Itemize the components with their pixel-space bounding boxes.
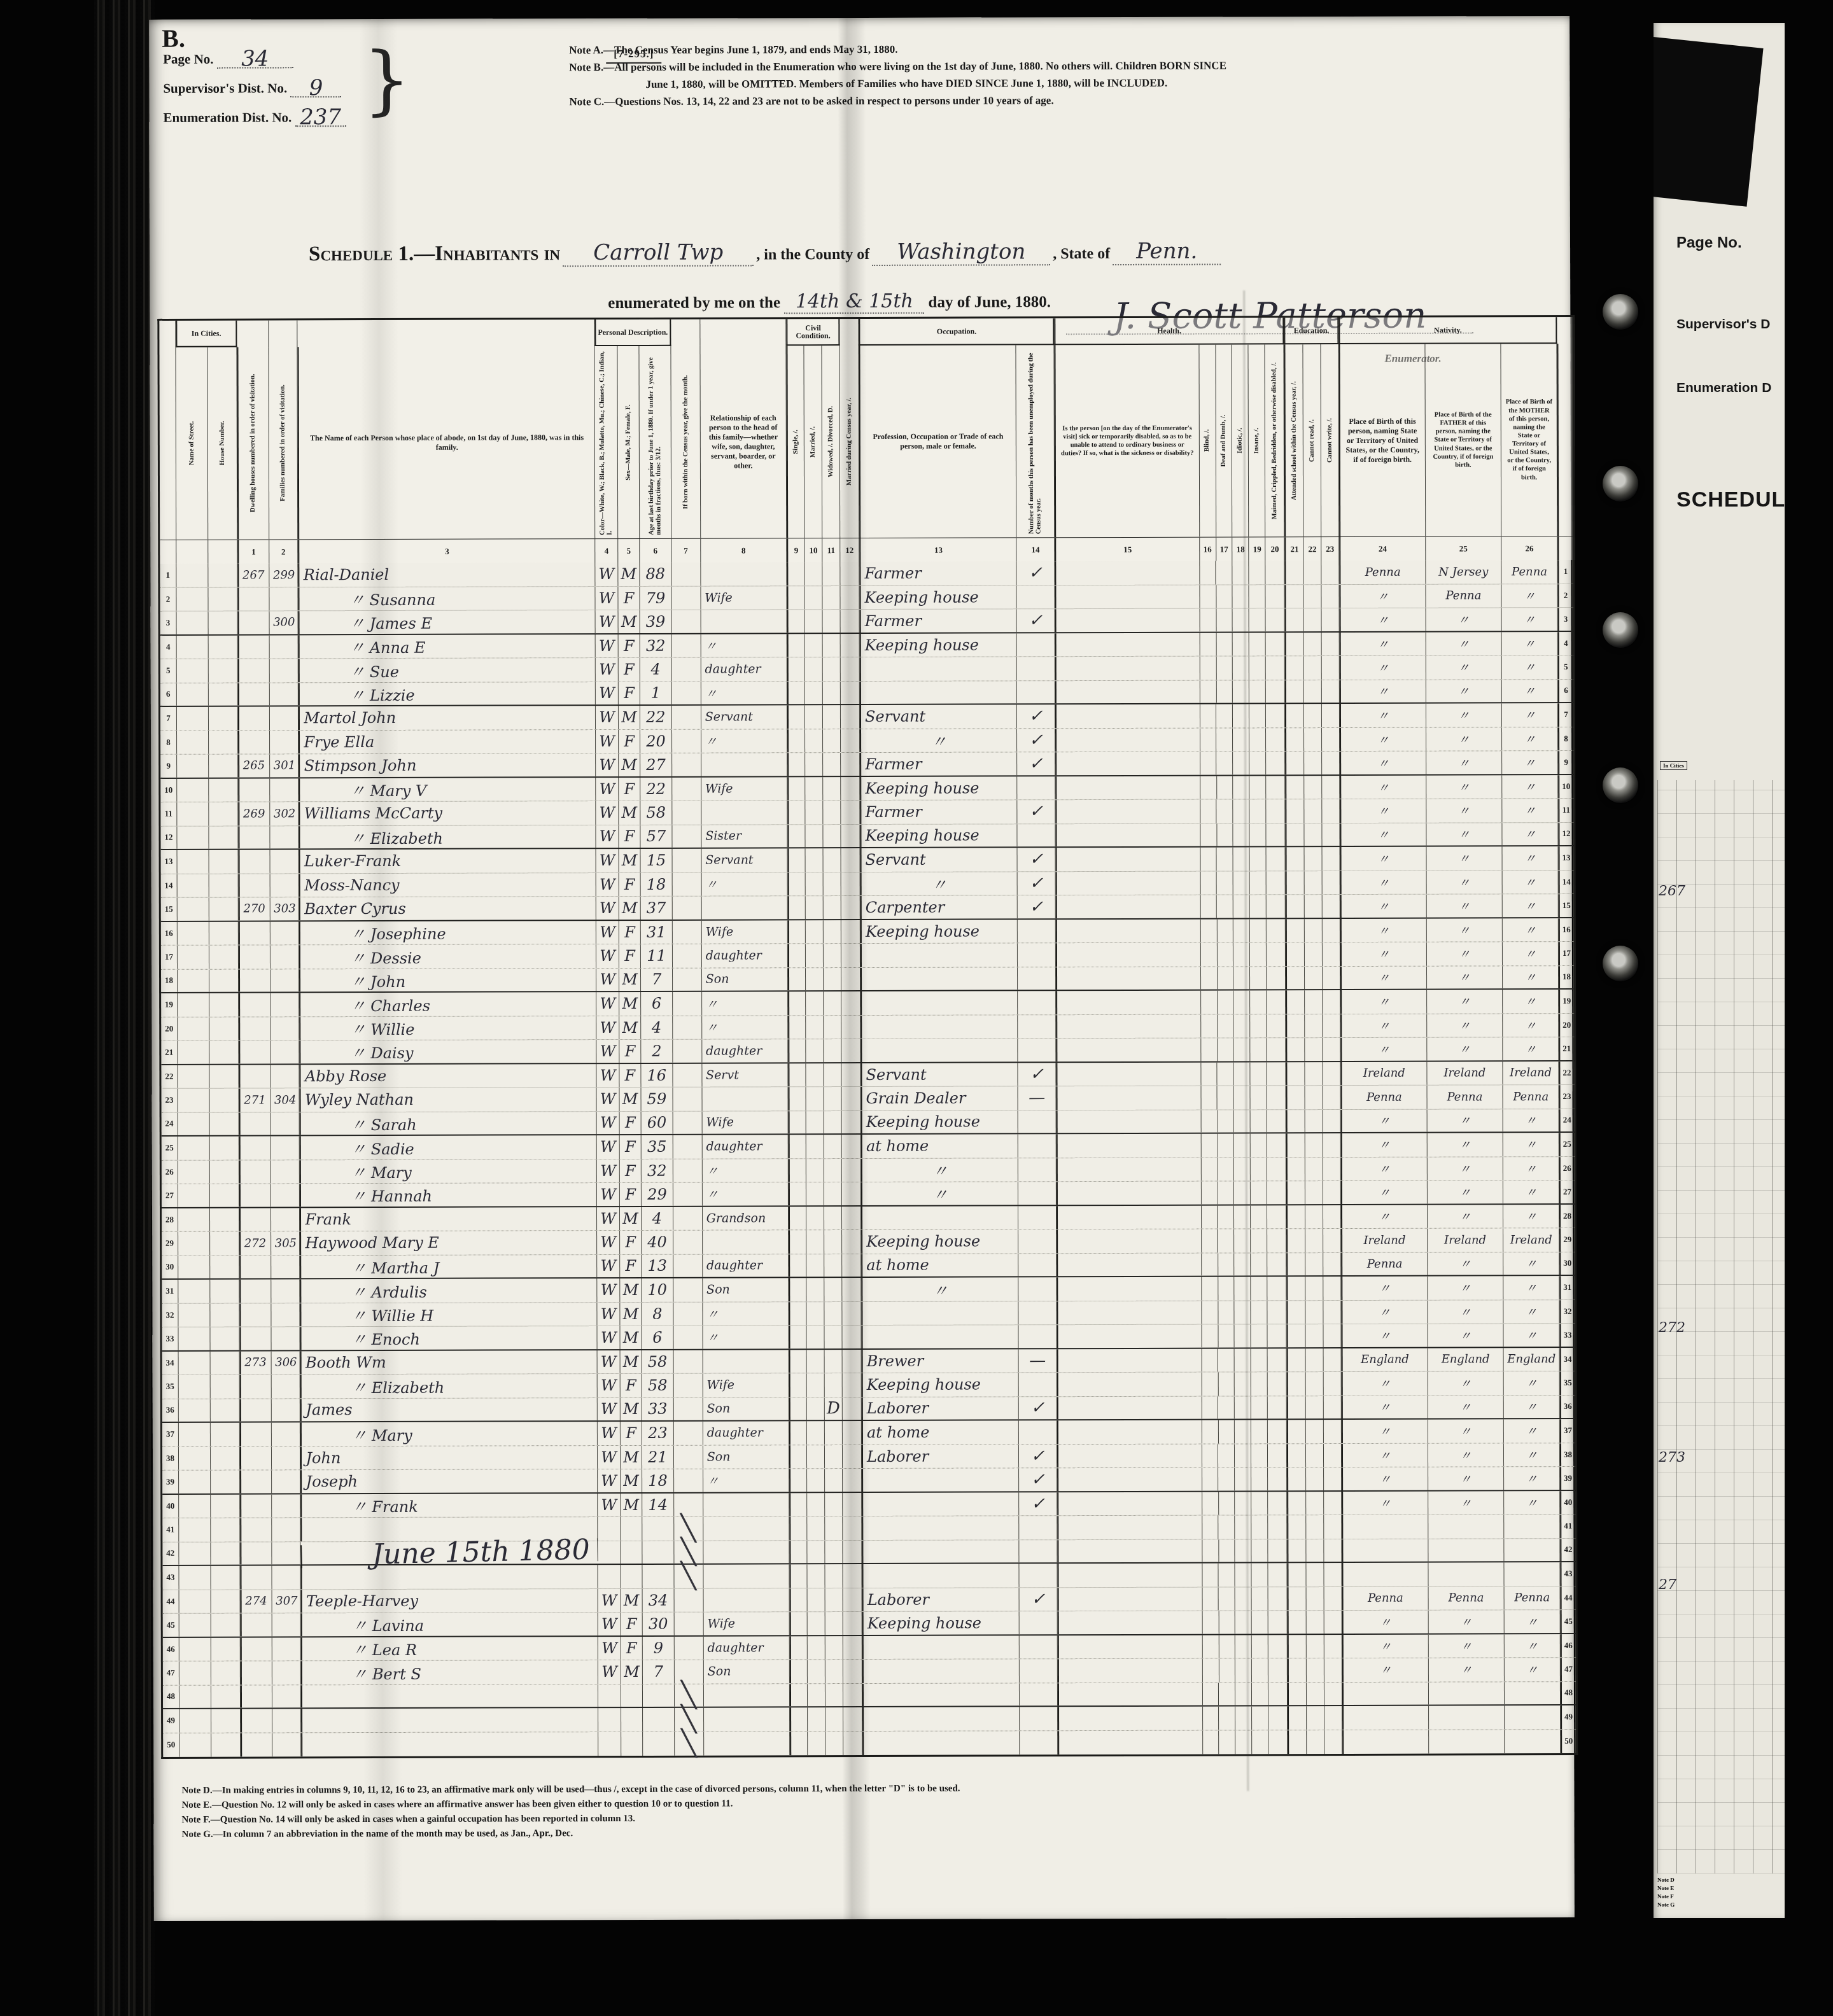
cell-sick xyxy=(1057,1182,1201,1205)
cell-blind xyxy=(1202,1468,1219,1491)
cell-idiot xyxy=(1235,1396,1251,1419)
table-row: 4〃 Anna EWF32〃Keeping house〃〃〃4 xyxy=(160,632,1573,659)
cell-rel: 〃 xyxy=(703,1302,789,1326)
cell-name: 〃 Lavina xyxy=(301,1613,598,1636)
cell-pof xyxy=(1428,1515,1505,1538)
cell-rnL: 41 xyxy=(162,1518,179,1542)
cell-month xyxy=(673,992,702,1016)
cell-name xyxy=(301,1684,598,1708)
cell-write xyxy=(1324,1467,1342,1490)
cell-blind xyxy=(1200,657,1216,680)
cell-rnR: 9 xyxy=(1558,751,1573,774)
cell-d1 xyxy=(237,659,269,682)
cell-unemp: ✓ xyxy=(1018,895,1056,918)
cell-name: James xyxy=(300,1398,598,1422)
cell-occ: 〃 xyxy=(861,1182,1018,1205)
cell-insane xyxy=(1249,752,1266,774)
cell-deaf xyxy=(1218,1038,1234,1061)
cell-house xyxy=(209,826,238,849)
cell-rnR: 30 xyxy=(1559,1252,1575,1275)
date-value: 14th & 15th xyxy=(796,290,913,312)
cell-s xyxy=(790,1516,808,1540)
cell-w xyxy=(825,1516,843,1540)
cell-maimed xyxy=(1268,1658,1288,1682)
cell-d1 xyxy=(238,706,270,730)
cell-month xyxy=(673,1159,703,1182)
cell-deaf xyxy=(1219,1635,1235,1658)
cell-insane xyxy=(1249,585,1266,608)
cell-mc xyxy=(841,944,860,967)
cell-insane xyxy=(1252,1539,1268,1562)
cell-pof: 〃 xyxy=(1426,751,1503,774)
cell-deaf xyxy=(1218,1086,1234,1109)
cell-month xyxy=(671,563,701,586)
col-number-school: 21 xyxy=(1284,537,1303,561)
cell-school xyxy=(1285,585,1304,608)
cell-sex: F xyxy=(619,825,641,848)
cell-rnL: 13 xyxy=(161,850,178,874)
place-value: Carroll Twp xyxy=(593,240,723,266)
cell-street xyxy=(177,802,209,826)
cell-pob: 〃 xyxy=(1342,1611,1429,1634)
cell-d2 xyxy=(270,874,299,897)
cell-rnL: 31 xyxy=(162,1280,178,1303)
col-header-label: Cannot write, /. xyxy=(1326,416,1335,465)
cell-sick xyxy=(1058,1587,1202,1611)
cell-d2 xyxy=(271,1208,300,1231)
col-number-pof: 25 xyxy=(1426,536,1502,560)
cell-w xyxy=(824,1254,842,1277)
cell-w xyxy=(824,1159,842,1182)
cell-mc xyxy=(841,872,860,896)
cell-write xyxy=(1323,990,1340,1014)
cell-insane xyxy=(1252,1563,1268,1586)
cell-pob: 〃 xyxy=(1340,608,1426,631)
cell-blind xyxy=(1200,919,1217,942)
cell-unemp xyxy=(1018,1134,1057,1158)
cell-pof: Penna xyxy=(1427,1085,1503,1109)
cell-deaf xyxy=(1218,1348,1235,1372)
cell-unemp: — xyxy=(1019,1349,1057,1373)
cell-name xyxy=(302,1732,599,1757)
cell-s xyxy=(790,1684,808,1707)
table-row: 42June 15th 1880╲42 xyxy=(162,1539,1575,1566)
cell-blind xyxy=(1202,1539,1219,1562)
cell-read xyxy=(1306,1396,1324,1419)
cell-rel: Son xyxy=(703,1278,789,1301)
cell-month xyxy=(673,1207,703,1230)
supervisor-value: 9 xyxy=(309,81,323,94)
cell-pom: 〃 xyxy=(1504,1491,1560,1515)
cell-pob: 〃 xyxy=(1342,1491,1428,1515)
cell-rel: Wife xyxy=(701,777,788,801)
enumeration-line: Enumeration Dist. No. 237 xyxy=(163,108,373,138)
binder-ring xyxy=(1603,767,1638,803)
col-number-deaf: 17 xyxy=(1216,537,1233,561)
cell-name: John xyxy=(300,1446,598,1470)
cell-name: 〃 Sadie xyxy=(300,1135,597,1159)
cell-sick xyxy=(1057,1325,1202,1348)
cell-m xyxy=(806,896,824,919)
cell-d2 xyxy=(272,1661,301,1684)
cell-color: W xyxy=(598,1397,621,1420)
cell-unemp xyxy=(1020,1564,1058,1587)
brace-glyph: } xyxy=(363,42,411,117)
cell-rnR: 29 xyxy=(1559,1228,1575,1252)
cell-w xyxy=(823,682,841,704)
cell-sick xyxy=(1058,1730,1202,1754)
cell-m xyxy=(806,1182,824,1205)
cell-pom: 〃 xyxy=(1505,1610,1561,1633)
cell-mc xyxy=(843,1421,862,1445)
cell-rnR: 50 xyxy=(1561,1730,1576,1754)
cell-color xyxy=(598,1517,621,1541)
cell-color: W xyxy=(598,1445,621,1469)
cell-insane xyxy=(1252,1706,1268,1730)
cell-mc xyxy=(843,1732,862,1756)
cell-pof: Penna xyxy=(1428,1586,1505,1610)
cell-school xyxy=(1286,1158,1305,1181)
cell-pom: 〃 xyxy=(1504,1324,1560,1347)
cell-rel xyxy=(701,562,787,585)
cell-rel: Wife xyxy=(701,586,787,610)
cell-idiot xyxy=(1235,1683,1252,1705)
cell-school xyxy=(1285,728,1304,752)
cell-write xyxy=(1323,1086,1341,1109)
cell-house xyxy=(209,993,239,1017)
cell-maimed xyxy=(1268,1467,1287,1490)
cell-rnR: 22 xyxy=(1559,1061,1574,1085)
cell-sick xyxy=(1056,919,1200,942)
cell-pof: 〃 xyxy=(1426,894,1503,917)
cell-maimed xyxy=(1266,585,1285,608)
cell-m xyxy=(806,920,824,944)
cell-idiot xyxy=(1233,680,1249,703)
cell-pof: 〃 xyxy=(1429,1658,1505,1681)
cell-rel: daughter xyxy=(701,657,787,681)
cell-write xyxy=(1324,1372,1342,1396)
cell-idiot xyxy=(1234,1062,1251,1086)
cell-month xyxy=(674,1374,703,1397)
cell-occ: Keeping house xyxy=(861,1110,1018,1133)
cell-w xyxy=(825,1612,843,1635)
col-header-street: Name of Street. xyxy=(176,347,208,540)
cell-maimed xyxy=(1266,752,1285,774)
cell-name: Booth Wm xyxy=(300,1350,598,1375)
cell-color: W xyxy=(596,825,619,848)
cell-name: 〃 Sue xyxy=(298,658,596,682)
cell-house xyxy=(211,1542,240,1565)
cell-school xyxy=(1285,704,1304,727)
cell-d1 xyxy=(240,1613,272,1636)
cell-house xyxy=(209,921,239,945)
cell-house xyxy=(211,1566,240,1590)
cell-m xyxy=(808,1612,825,1635)
cell-rnL: 14 xyxy=(161,874,178,897)
cell-m xyxy=(806,991,824,1015)
cell-w xyxy=(825,1302,843,1326)
cell-d2: 302 xyxy=(270,802,299,825)
cell-rnL: 40 xyxy=(162,1494,179,1518)
cell-m xyxy=(808,1732,825,1756)
cell-insane xyxy=(1250,823,1267,846)
cell-maimed xyxy=(1268,1372,1287,1396)
side-footnote-stub: Note F xyxy=(1657,1893,1675,1901)
cell-pob: 〃 xyxy=(1340,966,1427,989)
cell-maimed xyxy=(1267,1086,1286,1109)
cell-pob: 〃 xyxy=(1342,1658,1429,1682)
cell-street xyxy=(178,1065,209,1088)
col-header-pof: Place of Birth of the FATHER of this per… xyxy=(1425,344,1501,536)
cell-d1 xyxy=(241,1685,272,1708)
cell-m xyxy=(808,1636,825,1660)
cell-month xyxy=(673,1231,703,1254)
cell-m xyxy=(805,562,823,585)
cell-street xyxy=(178,1089,209,1112)
cell-pof: 〃 xyxy=(1426,918,1503,942)
cell-name: 〃 Anna E xyxy=(298,634,596,659)
cell-sex: M xyxy=(621,1660,643,1684)
cell-w xyxy=(824,944,841,967)
cell-s xyxy=(787,657,805,681)
cell-maimed xyxy=(1267,1158,1286,1181)
cell-idiot xyxy=(1235,1706,1252,1730)
cell-maimed xyxy=(1266,633,1285,656)
cell-house xyxy=(211,1709,241,1733)
cell-rel: Wife xyxy=(702,920,789,944)
cell-idiot xyxy=(1235,1635,1252,1658)
footnote-g: Note G.—In column 7 an abbreviation in t… xyxy=(182,1824,1519,1842)
cell-d2: 304 xyxy=(270,1088,300,1112)
cell-s xyxy=(789,1254,807,1277)
table-row: 14Moss-NancyWF18〃〃✓〃〃〃14 xyxy=(161,871,1574,898)
col-header-label: Blind, /. xyxy=(1203,427,1211,454)
cell-pof: 〃 xyxy=(1426,799,1503,822)
cell-blind xyxy=(1201,1158,1218,1181)
cell-rel xyxy=(704,1732,790,1756)
cell-deaf xyxy=(1219,1467,1235,1490)
cell-street xyxy=(178,993,209,1017)
cell-write xyxy=(1323,871,1340,895)
cell-name: Moss-Nancy xyxy=(299,873,596,897)
table-row: 10〃 Mary VWF22WifeKeeping house〃〃〃10 xyxy=(160,775,1573,802)
cell-school xyxy=(1288,1635,1307,1658)
cell-mc xyxy=(843,1373,862,1397)
cell-read xyxy=(1307,1635,1324,1658)
table-row: 39JosephWM18〃✓〃〃〃39 xyxy=(162,1467,1575,1494)
cell-street xyxy=(178,946,209,969)
cell-sex xyxy=(621,1684,643,1707)
table-row: 30〃 Martha JWF13daughterat homePenna〃〃30 xyxy=(162,1252,1575,1280)
cell-pof: 〃 xyxy=(1426,846,1503,870)
group-band: In Cities.Personal Description.Civil Con… xyxy=(159,317,1572,347)
cell-street xyxy=(179,1709,211,1733)
side-margin-number: 267 xyxy=(1659,883,1685,899)
col-header-label: Name of Street. xyxy=(187,419,196,468)
cell-color: W xyxy=(596,706,619,729)
cell-pom: Penna xyxy=(1503,1085,1559,1109)
cell-mc xyxy=(841,729,860,753)
col-number-street xyxy=(176,540,208,564)
cell-d2 xyxy=(272,1709,302,1732)
cell-pom: 〃 xyxy=(1502,584,1558,608)
cell-rel xyxy=(703,1588,790,1612)
cell-d1 xyxy=(239,1160,270,1184)
cell-d2 xyxy=(271,1422,300,1446)
cell-rnL: 9 xyxy=(160,755,177,778)
cell-read xyxy=(1304,633,1322,656)
cell-mc xyxy=(843,1541,862,1564)
cell-w: D xyxy=(825,1397,843,1420)
cell-pom: 〃 xyxy=(1503,1133,1559,1156)
cell-read xyxy=(1304,728,1322,752)
cell-write xyxy=(1324,1492,1342,1515)
cell-rnR: 36 xyxy=(1560,1396,1575,1418)
cell-deaf xyxy=(1218,1158,1234,1181)
cell-insane xyxy=(1249,704,1266,727)
cell-month xyxy=(672,825,701,848)
cell-write xyxy=(1322,704,1340,727)
cell-sex xyxy=(621,1517,642,1541)
col-header-read: Cannot read, /. xyxy=(1303,344,1322,536)
cell-m xyxy=(806,1254,824,1277)
cell-deaf xyxy=(1218,1133,1234,1157)
cell-name: Stimpson John xyxy=(299,753,596,777)
cell-blind xyxy=(1202,1348,1218,1372)
cell-idiot xyxy=(1233,561,1249,584)
cell-pom: 〃 xyxy=(1503,846,1559,870)
col-header-house: House Number. xyxy=(207,347,237,540)
cell-pom xyxy=(1505,1730,1561,1754)
cell-sick xyxy=(1056,871,1200,895)
cell-deaf xyxy=(1216,704,1233,727)
cell-m xyxy=(807,1326,825,1348)
cell-pob: 〃 xyxy=(1340,799,1426,823)
schedule-prefix: Schedule 1.—Inhabitants in xyxy=(309,242,560,265)
cell-occ: Laborer xyxy=(862,1397,1019,1420)
cell-occ xyxy=(860,967,1018,990)
cell-age: 14 xyxy=(642,1493,674,1516)
cell-pom: 〃 xyxy=(1503,823,1559,846)
cell-s xyxy=(788,825,806,848)
cell-mc xyxy=(843,1302,862,1326)
cell-rnL: 45 xyxy=(163,1614,179,1637)
cell-street xyxy=(179,1566,211,1590)
cell-sex: F xyxy=(621,1613,643,1635)
col-header-m: Married, /. xyxy=(804,346,823,538)
cell-rnL: 7 xyxy=(160,707,177,731)
cell-insane xyxy=(1252,1635,1268,1658)
cell-pof: 〃 xyxy=(1428,1610,1505,1633)
cell-rel: 〃 xyxy=(703,1182,789,1205)
cell-street xyxy=(179,1614,211,1637)
cell-month xyxy=(672,634,701,657)
cell-sex: F xyxy=(620,1183,642,1206)
cell-mc xyxy=(842,1135,861,1158)
cell-name: Teeple-Harvey xyxy=(301,1589,598,1613)
cell-s xyxy=(789,1230,806,1254)
cell-maimed xyxy=(1267,1181,1286,1204)
cell-insane xyxy=(1250,847,1267,871)
cell-d1 xyxy=(240,1494,272,1518)
cell-read xyxy=(1306,1444,1324,1467)
cell-rel: 〃 xyxy=(701,729,788,753)
page-no-line: Page No. 34 xyxy=(163,50,373,80)
cell-age xyxy=(643,1684,675,1707)
cell-age: 33 xyxy=(642,1397,674,1420)
cell-mc xyxy=(841,657,860,681)
cell-idiot xyxy=(1235,1467,1251,1490)
cell-pob: 〃 xyxy=(1341,1300,1428,1324)
side-footnote-stub: Note G xyxy=(1657,1901,1675,1909)
cell-street xyxy=(179,1471,211,1494)
cell-school xyxy=(1286,1110,1305,1133)
cell-sick xyxy=(1055,680,1200,703)
cell-pom: 〃 xyxy=(1502,632,1558,655)
cell-d1: 272 xyxy=(239,1231,271,1255)
cell-idiot xyxy=(1233,704,1249,727)
cell-maimed xyxy=(1268,1301,1287,1324)
table-row: 6〃 LizzieWF1〃〃〃〃6 xyxy=(160,680,1573,707)
cell-school xyxy=(1286,942,1305,966)
cell-d2 xyxy=(270,969,300,992)
cell-rnR: 6 xyxy=(1558,680,1573,703)
cell-read xyxy=(1304,656,1322,680)
cell-write xyxy=(1324,1706,1342,1730)
cell-color: W xyxy=(596,801,619,825)
cell-pob: 〃 xyxy=(1341,1133,1428,1157)
cell-occ xyxy=(862,1683,1020,1706)
table-row: 21〃 DaisyWF2daughter〃〃〃21 xyxy=(161,1037,1574,1065)
cell-street xyxy=(178,1208,210,1231)
cell-pob: 〃 xyxy=(1340,752,1426,774)
table-row: 36JamesWM33SonDLaborer✓〃〃〃36 xyxy=(162,1396,1575,1423)
cell-d1 xyxy=(241,1661,272,1684)
cell-pom: 〃 xyxy=(1505,1634,1561,1658)
col-number-pob: 24 xyxy=(1339,537,1426,561)
cell-street xyxy=(179,1637,211,1661)
cell-d1 xyxy=(239,1208,271,1231)
cell-occ: Laborer xyxy=(862,1445,1019,1468)
cell-pom: 〃 xyxy=(1504,1467,1560,1490)
cell-pob: Ireland xyxy=(1341,1229,1428,1252)
cell-m xyxy=(808,1588,825,1612)
cell-s xyxy=(789,1207,806,1230)
cell-pom: 〃 xyxy=(1504,1300,1560,1324)
cell-school xyxy=(1287,1492,1306,1515)
cell-street xyxy=(176,564,208,587)
cell-m xyxy=(807,1493,825,1516)
cell-rel: 〃 xyxy=(701,872,788,896)
cell-sick xyxy=(1058,1564,1202,1587)
cell-sick xyxy=(1057,1134,1201,1158)
cell-sick xyxy=(1057,1229,1201,1253)
cell-age: 60 xyxy=(642,1111,673,1134)
side-supervisor-label: Supervisor's D xyxy=(1676,317,1770,332)
cell-rnR: 19 xyxy=(1559,990,1574,1013)
cell-occ: Keeping house xyxy=(862,1373,1019,1396)
col-header-blind: Blind, /. xyxy=(1199,345,1216,537)
cell-rnR: 7 xyxy=(1558,703,1573,727)
cell-pom: 〃 xyxy=(1503,871,1559,894)
cell-insane xyxy=(1251,1301,1268,1324)
cell-idiot xyxy=(1234,1229,1251,1252)
cell-insane xyxy=(1250,895,1267,918)
cell-age: 6 xyxy=(641,992,673,1016)
cell-rnR: 46 xyxy=(1561,1634,1576,1658)
cell-d1: 269 xyxy=(238,802,270,825)
cell-unemp xyxy=(1020,1659,1058,1683)
